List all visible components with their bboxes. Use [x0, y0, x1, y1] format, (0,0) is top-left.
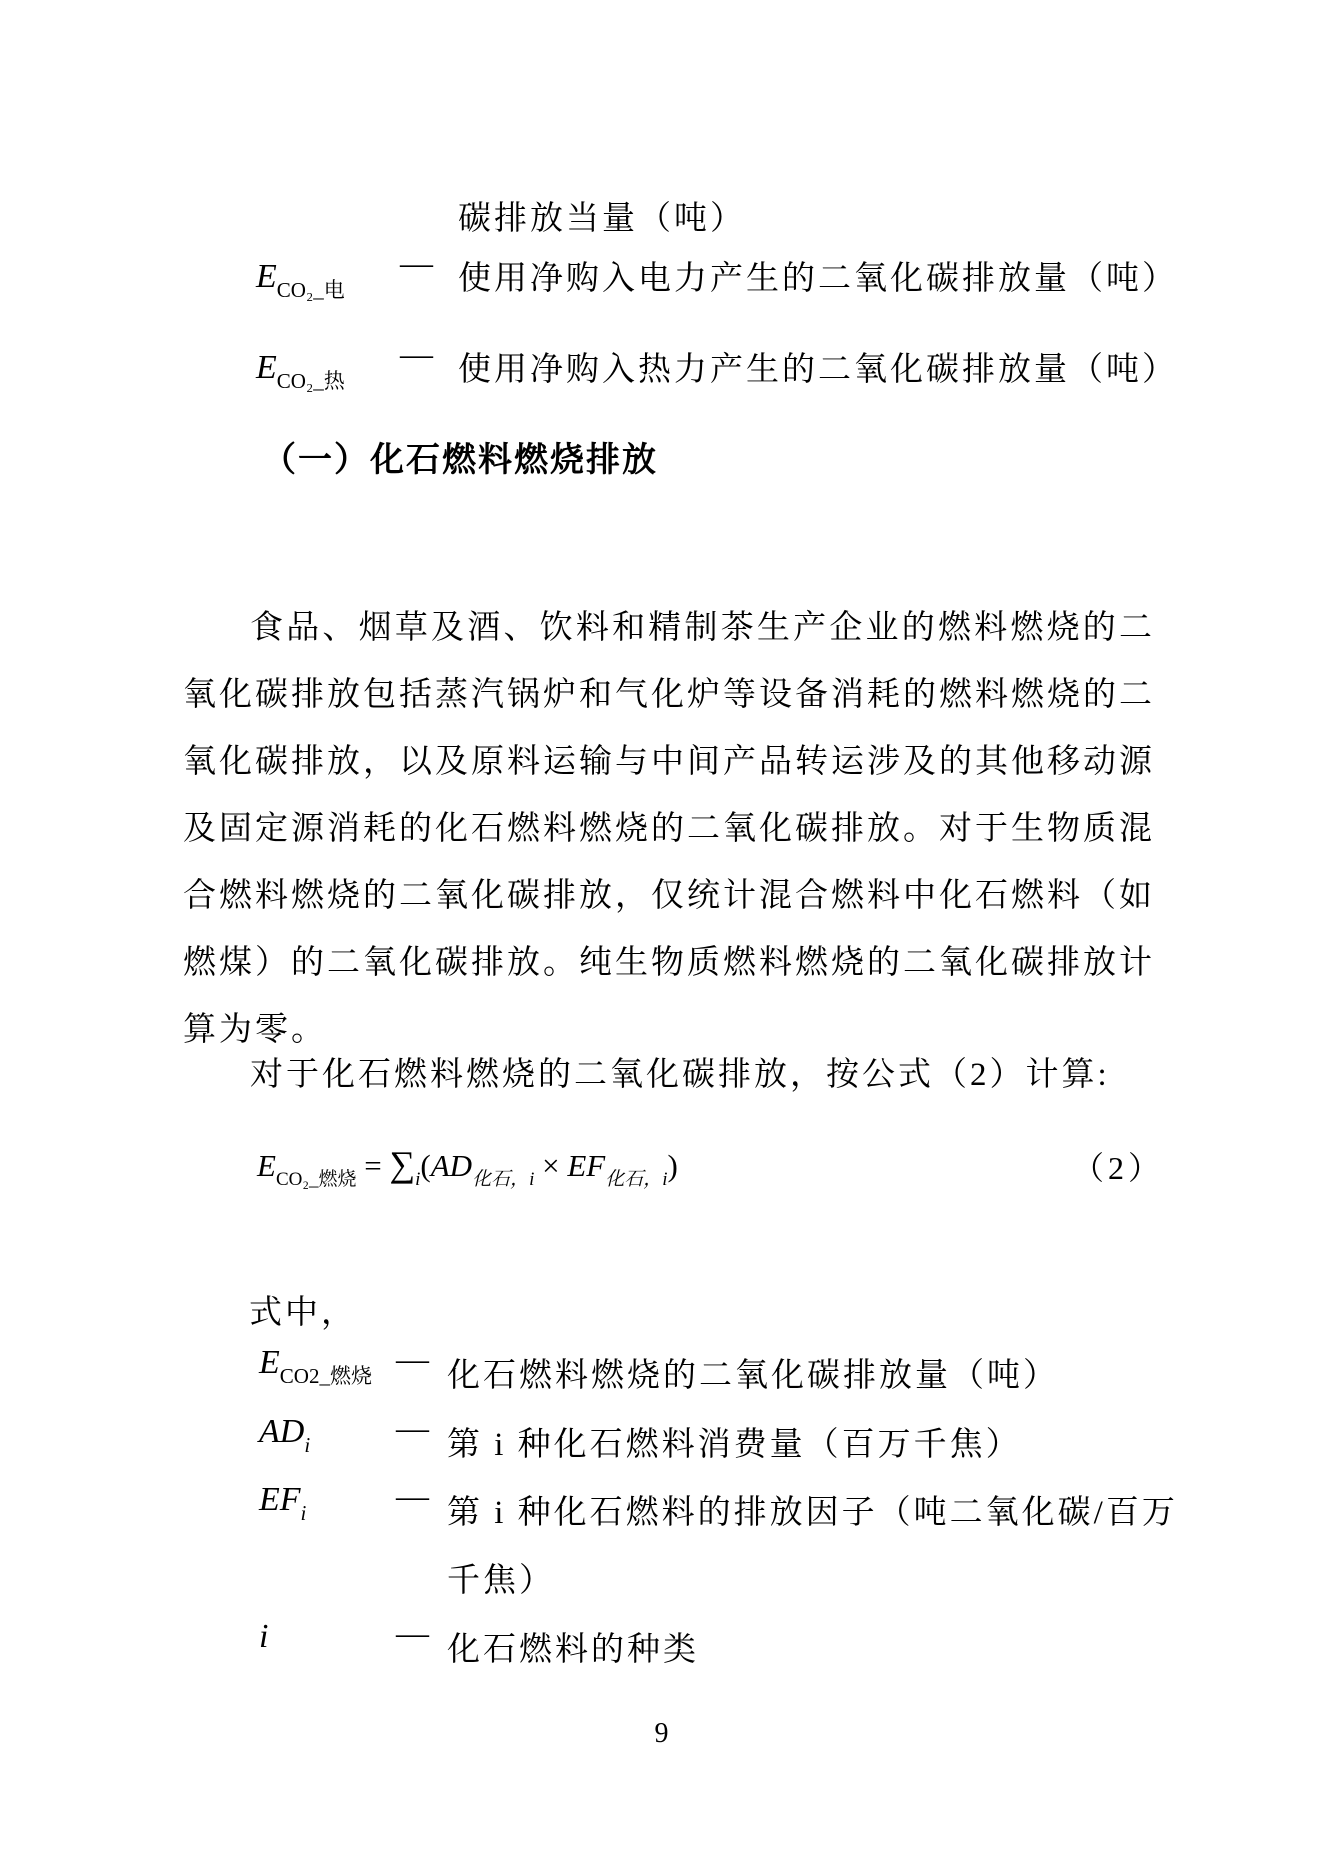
- symbol-base: E: [256, 349, 277, 386]
- definition-text: 使用净购入电力产生的二氧化碳排放量（吨）: [458, 246, 1198, 313]
- formula-ad-subscript: 化石，i: [472, 1169, 534, 1190]
- definition-text: 化石燃料燃烧的二氧化碳排放量（吨）: [447, 1342, 1182, 1410]
- symbol-base: E: [256, 258, 277, 295]
- symbol-base: E: [259, 1344, 280, 1381]
- definition-text: 第 i 种化石燃料的排放因子（吨二氧化碳/百万千焦）: [447, 1479, 1182, 1615]
- symbol-base: i: [259, 1618, 268, 1655]
- symbol-subscript: i: [304, 1433, 310, 1457]
- page-number: 9: [0, 1718, 1323, 1750]
- formula-times: ×: [534, 1148, 567, 1183]
- symbol-subscript: CO2_燃烧: [280, 1364, 372, 1388]
- formula-lhs-base: E: [257, 1148, 276, 1183]
- symbol-subscript: CO₂_电: [277, 278, 345, 302]
- symbol-ad-i: ADi: [259, 1413, 310, 1451]
- formula-number: （2）: [1072, 1143, 1164, 1189]
- symbol-base: EF: [259, 1481, 301, 1518]
- dash-separator: —: [396, 1342, 429, 1379]
- symbol-subscript: CO₂_热: [277, 369, 345, 393]
- formula-2: ECO₂_燃烧 = ∑i(AD化石，i × EF化石，i): [257, 1143, 678, 1185]
- dash-separator: —: [396, 1616, 429, 1653]
- formula-lhs-subscript: CO₂_燃烧: [276, 1169, 357, 1190]
- symbol-subscript: i: [301, 1501, 307, 1525]
- symbol-i: i: [259, 1618, 268, 1656]
- symbol-base: AD: [259, 1413, 304, 1450]
- definition-continuation-line: 碳排放当量（吨）: [458, 186, 746, 253]
- formula-ef-base: EF: [567, 1148, 605, 1183]
- formula-equals: =: [356, 1148, 389, 1183]
- symbol-ef-i: EFi: [259, 1481, 306, 1519]
- formula-open-paren: (: [420, 1148, 430, 1183]
- body-paragraph: 食品、烟草及酒、饮料和精制茶生产企业的燃料燃烧的二氧化碳排放包括蒸汽锅炉和气化炉…: [183, 595, 1155, 1064]
- sigma-operator: ∑: [389, 1144, 415, 1184]
- dash-separator: —: [400, 246, 433, 283]
- symbol-e-co2-heat: ECO₂_热: [256, 349, 345, 387]
- symbol-e-co2-combustion: ECO2_燃烧: [259, 1344, 372, 1382]
- sigma-subscript: i: [415, 1169, 420, 1190]
- definition-text: 第 i 种化石燃料消费量（百万千焦）: [447, 1411, 1182, 1479]
- definition-text: 使用净购入热力产生的二氧化碳排放量（吨）: [458, 337, 1198, 404]
- formula-close-paren: ): [667, 1148, 677, 1183]
- dash-separator: —: [396, 1479, 429, 1516]
- formula-ef-subscript: 化石，i: [605, 1169, 667, 1190]
- section-heading: （一）化石燃料燃烧排放: [262, 432, 658, 481]
- document-page: 碳排放当量（吨） ECO₂_电 — 使用净购入电力产生的二氧化碳排放量（吨） E…: [0, 0, 1323, 1871]
- formula-lead-in: 对于化石燃料燃烧的二氧化碳排放，按公式（2）计算:: [183, 1042, 1233, 1109]
- dash-separator: —: [396, 1411, 429, 1448]
- symbol-e-co2-electricity: ECO₂_电: [256, 258, 345, 296]
- dash-separator: —: [400, 337, 433, 374]
- formula-ad-base: AD: [431, 1148, 472, 1183]
- definition-text: 化石燃料的种类: [447, 1616, 1182, 1684]
- formula-where-label: 式中，: [249, 1280, 357, 1347]
